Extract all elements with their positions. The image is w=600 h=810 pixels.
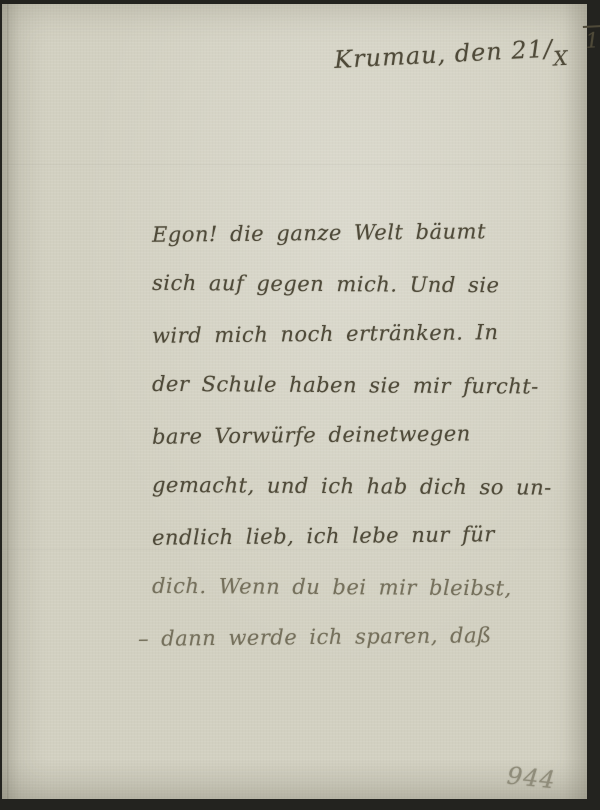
letter-line: bare Vorwürfe deinetwegen bbox=[152, 408, 493, 462]
letter-line: dich. Wenn du bei mir bleibst, bbox=[152, 560, 492, 613]
letter-line: endlich lieb, ich lebe nur für bbox=[152, 509, 493, 563]
catalog-number: 944 bbox=[506, 762, 557, 795]
paper-fold-line bbox=[7, 4, 9, 799]
dateline-year: 10. bbox=[583, 24, 600, 53]
letter-line: der Schule haben sie mir furcht- bbox=[152, 358, 492, 411]
letter-page: Krumau, den 21/X 10. Egon! die ganze Wel… bbox=[2, 4, 587, 799]
dateline-month: X bbox=[553, 46, 569, 71]
letter-body: Egon! die ganze Welt bäumt sich auf gege… bbox=[152, 208, 492, 663]
letter-line: sich auf gegen mich. Und sie bbox=[152, 257, 492, 310]
scan-background: { "colors": { "paper": "#d4d2c3", "ink":… bbox=[0, 0, 600, 810]
letter-line: – dann werde ich sparen, daß bbox=[138, 610, 493, 664]
paper-crease bbox=[2, 164, 587, 166]
letter-line: gemacht, und ich hab dich so un- bbox=[152, 459, 492, 512]
letter-line: wird mich noch ertränken. In bbox=[152, 307, 493, 361]
letter-line: Egon! die ganze Welt bäumt bbox=[152, 206, 493, 260]
dateline-place: Krumau, den bbox=[334, 37, 504, 74]
letter-dateline: Krumau, den 21/X 10. bbox=[334, 31, 600, 74]
dateline-day: 21 bbox=[511, 35, 545, 65]
